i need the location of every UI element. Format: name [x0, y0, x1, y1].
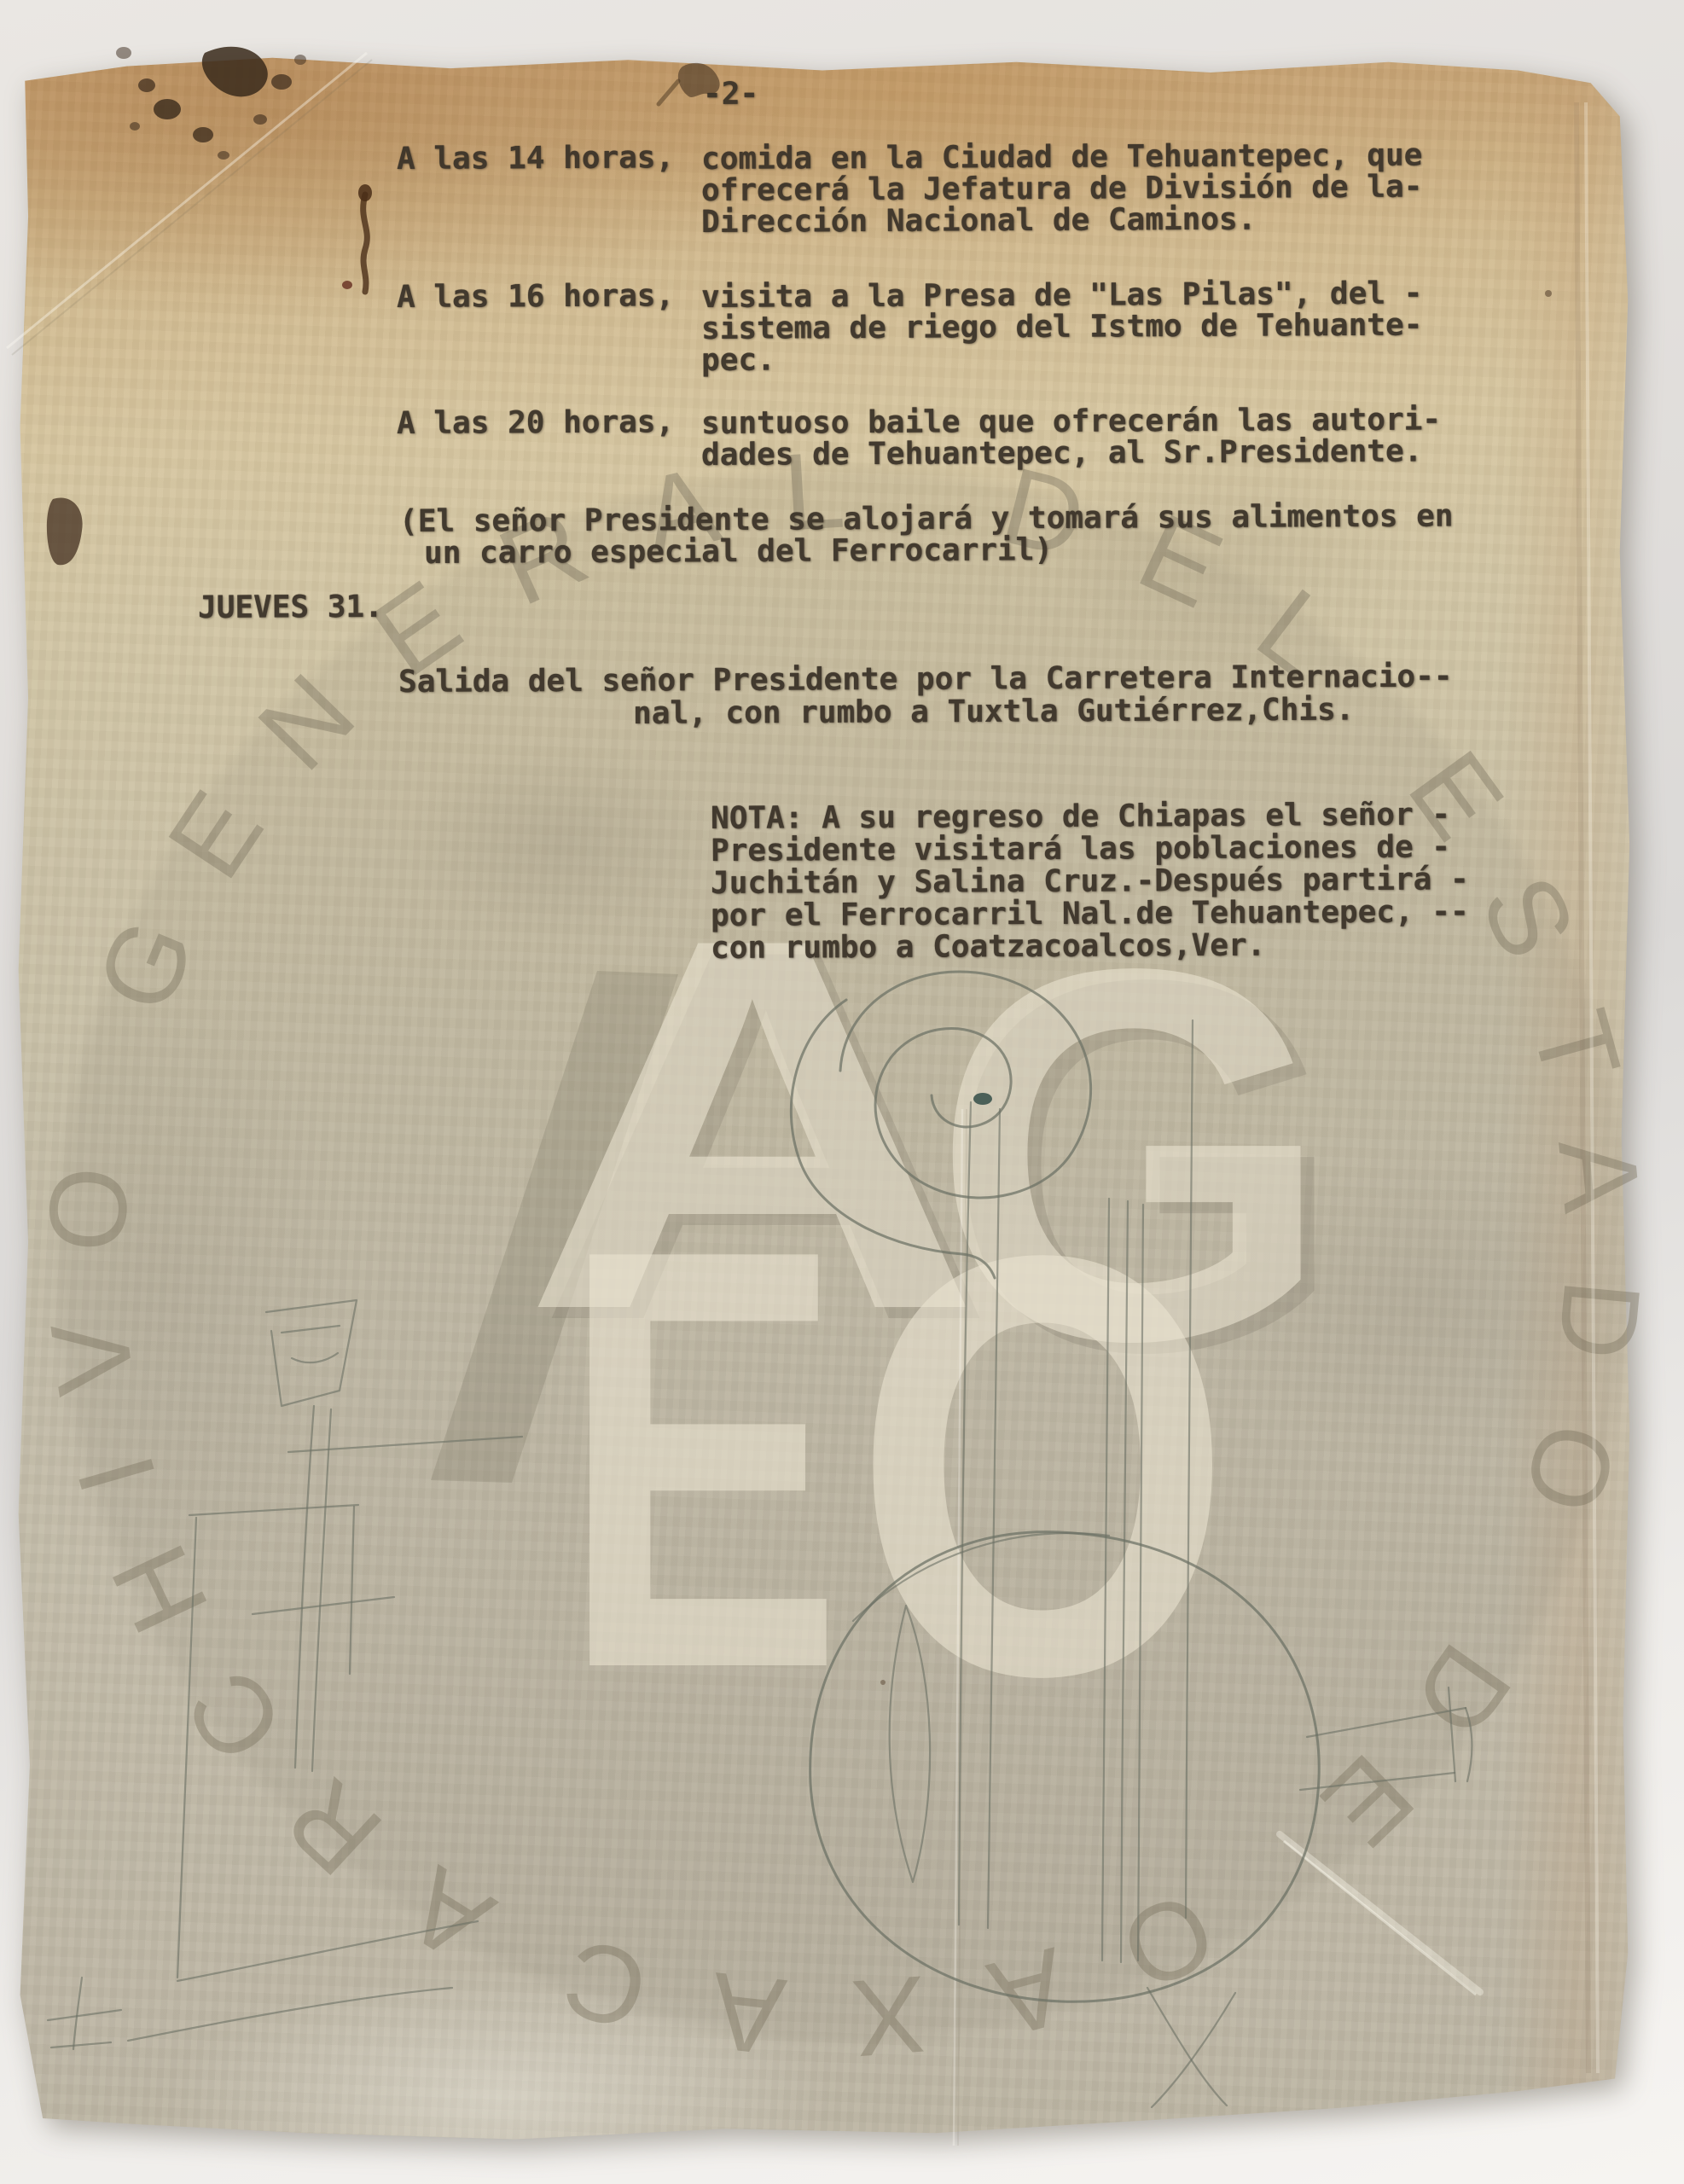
typed-line: ofrecerá la Jefatura de División de la- — [701, 171, 1422, 206]
typed-line: nal, con rumbo a Tuxtla Gutiérrez,Chis. — [633, 694, 1354, 729]
typed-line: pec. — [701, 345, 775, 376]
time-label: A las 20 horas, — [397, 406, 674, 439]
typed-line: sistema de riego del Istmo de Tehuante- — [701, 310, 1422, 345]
typed-line: dades de Tehuantepec, al Sr.Presidente. — [701, 436, 1422, 471]
nota-line: Juchitán y Salina Cruz.-Después partirá … — [711, 863, 1469, 899]
nota-line: con rumbo a Coatzacoalcos,Ver. — [711, 930, 1265, 964]
nota-line: Presidente visitará las poblaciones de - — [711, 831, 1450, 867]
nota-line: NOTA: A su regreso de Chiapas el señor - — [711, 799, 1450, 834]
typed-line: un carro especial del Ferrocarril) — [424, 534, 1053, 569]
nota-line: por el Ferrocarril Nal.de Tehuantepec, -… — [711, 896, 1469, 932]
time-label: A las 16 horas, — [397, 280, 674, 313]
typed-text-layer: -2- A las 14 horas, comida en la Ciudad … — [0, 0, 1684, 2184]
page-number: -2- — [703, 78, 758, 110]
scanned-document-backdrop: A G A G E O ARCHIVO GENERAL DEL ESTADO D… — [0, 0, 1684, 2184]
time-label: A las 14 horas, — [397, 142, 674, 175]
day-heading: JUEVES 31. — [198, 591, 383, 624]
typed-line: (El señor Presidente se alojará y tomará… — [399, 501, 1454, 537]
typed-line: Dirección Nacional de Caminos. — [701, 204, 1256, 238]
